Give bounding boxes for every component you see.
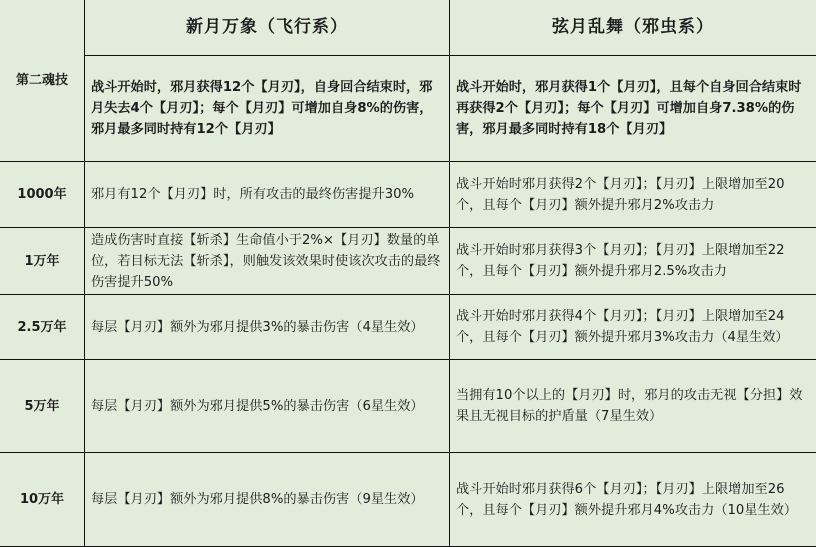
cell-text: 每层【月刃】额外为邪月提供3%的暴击伤害（4星生效） xyxy=(91,317,424,338)
table-row-label: 5万年 xyxy=(0,360,85,453)
cell-text: 邪月有12个【月刃】时，所有攻击的最终伤害提升30% xyxy=(91,184,414,205)
cell-text: 战斗开始时邪月获得6个【月刃】；【月刃】上限增加至26个，且每个【月刃】额外提升… xyxy=(456,479,810,521)
row-label-text: 10万年 xyxy=(20,489,64,510)
row-label-text: 2.5万年 xyxy=(17,317,66,338)
table-row-label: 1000年 xyxy=(0,162,85,228)
column-header-right: 弦月乱舞（邪虫系） xyxy=(450,0,816,56)
row-label-second-skill: 第二魂技 xyxy=(0,0,85,162)
skill-right-cell: 战斗开始时，邪月获得1个【月刃】，且每个自身回合结束时再获得2个【月刃】；每个【… xyxy=(450,56,816,162)
table-row-left-cell: 每层【月刃】额外为邪月提供3%的暴击伤害（4星生效） xyxy=(85,295,450,360)
skill-comparison-table: 第二魂技 新月万象（飞行系） 弦月乱舞（邪虫系） 战斗开始时，邪月获得12个【月… xyxy=(0,0,816,547)
cell-text: 战斗开始时邪月获得4个【月刃】；【月刃】上限增加至24个，且每个【月刃】额外提升… xyxy=(456,306,810,348)
table-row-left-cell: 每层【月刃】额外为邪月提供5%的暴击伤害（6星生效） xyxy=(85,360,450,453)
column-header-right-text: 弦月乱舞（邪虫系） xyxy=(552,17,714,38)
row-label-text: 5万年 xyxy=(24,396,59,417)
row-label-text: 1000年 xyxy=(17,184,66,205)
table-row-left-cell: 每层【月刃】额外为邪月提供8%的暴击伤害（9星生效） xyxy=(85,453,450,547)
cell-text: 战斗开始时邪月获得3个【月刃】；【月刃】上限增加至22个，且每个【月刃】额外提升… xyxy=(456,240,810,282)
table-row-label: 10万年 xyxy=(0,453,85,547)
cell-text: 造成伤害时直接【斩杀】生命值小于2%×【月刃】数量的单位，若目标无法【斩杀】，则… xyxy=(91,230,443,293)
row-label-text: 1万年 xyxy=(24,251,59,272)
skill-left-text: 战斗开始时，邪月获得12个【月刃】，自身回合结束时，邪月失去4个【月刃】；每个【… xyxy=(91,77,443,140)
table-row-left-cell: 造成伤害时直接【斩杀】生命值小于2%×【月刃】数量的单位，若目标无法【斩杀】，则… xyxy=(85,228,450,295)
cell-text: 当拥有10个以上的【月刃】时，邪月的攻击无视【分担】效果且无视目标的护盾量（7星… xyxy=(456,385,810,427)
table-grid: 第二魂技 新月万象（飞行系） 弦月乱舞（邪虫系） 战斗开始时，邪月获得12个【月… xyxy=(0,0,816,547)
column-header-left-text: 新月万象（飞行系） xyxy=(186,17,348,38)
table-row-right-cell: 战斗开始时邪月获得4个【月刃】；【月刃】上限增加至24个，且每个【月刃】额外提升… xyxy=(450,295,816,360)
row-label-text: 第二魂技 xyxy=(16,70,68,91)
table-row-right-cell: 战斗开始时邪月获得2个【月刃】；【月刃】上限增加至20个，且每个【月刃】额外提升… xyxy=(450,162,816,228)
skill-left-cell: 战斗开始时，邪月获得12个【月刃】，自身回合结束时，邪月失去4个【月刃】；每个【… xyxy=(85,56,450,162)
table-row-label: 2.5万年 xyxy=(0,295,85,360)
table-row-right-cell: 战斗开始时邪月获得3个【月刃】；【月刃】上限增加至22个，且每个【月刃】额外提升… xyxy=(450,228,816,295)
column-header-left: 新月万象（飞行系） xyxy=(85,0,450,56)
cell-text: 战斗开始时邪月获得2个【月刃】；【月刃】上限增加至20个，且每个【月刃】额外提升… xyxy=(456,174,810,216)
table-row-left-cell: 邪月有12个【月刃】时，所有攻击的最终伤害提升30% xyxy=(85,162,450,228)
cell-text: 每层【月刃】额外为邪月提供8%的暴击伤害（9星生效） xyxy=(91,489,424,510)
cell-text: 每层【月刃】额外为邪月提供5%的暴击伤害（6星生效） xyxy=(91,396,424,417)
table-row-right-cell: 当拥有10个以上的【月刃】时，邪月的攻击无视【分担】效果且无视目标的护盾量（7星… xyxy=(450,360,816,453)
table-row-right-cell: 战斗开始时邪月获得6个【月刃】；【月刃】上限增加至26个，且每个【月刃】额外提升… xyxy=(450,453,816,547)
table-row-label: 1万年 xyxy=(0,228,85,295)
skill-right-text: 战斗开始时，邪月获得1个【月刃】，且每个自身回合结束时再获得2个【月刃】；每个【… xyxy=(456,77,810,140)
